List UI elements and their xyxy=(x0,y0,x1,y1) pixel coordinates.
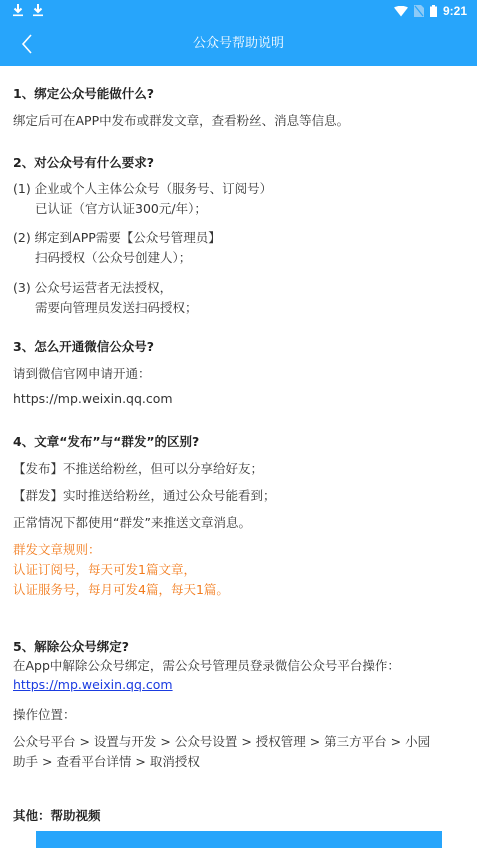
rules-title: 群发文章规则： xyxy=(13,540,101,558)
help-video[interactable] xyxy=(36,831,442,848)
requirement-1-line1: (1) 企业或个人主体公众号（服务号、订阅号） xyxy=(13,179,272,197)
requirement-3-line1: (3) 公众号运营者无法授权， xyxy=(13,278,172,296)
operation-path-line1: 公众号平台 > 设置与开发 > 公众号设置 > 授权管理 > 第三方平台 > 小… xyxy=(13,732,430,750)
section-1-body: 绑定后可在APP中发布或群发文章，查看粉丝、消息等信息。 xyxy=(13,111,349,129)
section-2-heading: 2、对公众号有什么要求? xyxy=(13,153,154,171)
section-3-body: 请到微信官网申请开通： xyxy=(13,364,151,382)
download-icon xyxy=(32,3,44,17)
section-3-heading: 3、怎么开通微信公众号? xyxy=(13,337,154,355)
rule-service: 认证服务号，每月可发4篇，每天1篇。 xyxy=(13,580,229,598)
status-bar: 9:21 xyxy=(0,0,477,22)
other-heading: 其他：帮助视频 xyxy=(13,806,101,824)
battery-icon xyxy=(430,5,437,17)
requirement-3-line2: 需要向管理员发送扫码授权； xyxy=(35,298,198,316)
section-3-url: https://mp.weixin.qq.com xyxy=(13,391,173,406)
usage-note: 正常情况下都使用“群发”来推送文章消息。 xyxy=(13,513,251,531)
operation-location-label: 操作位置： xyxy=(13,705,76,723)
requirement-2-line2: 扫码授权（公众号创建人）； xyxy=(35,248,191,266)
wifi-icon xyxy=(394,6,408,17)
requirement-1-line2: 已认证（官方认证300元/年）； xyxy=(35,199,207,217)
weixin-platform-link[interactable]: https://mp.weixin.qq.com xyxy=(13,677,173,692)
requirement-2-line1: (2) 绑定到APP需要【公众号管理员】 xyxy=(13,228,221,246)
no-sim-icon xyxy=(414,5,424,17)
rule-subscription: 认证订阅号，每天可发1篇文章， xyxy=(13,560,196,578)
section-1-heading: 1、绑定公众号能做什么? xyxy=(13,84,154,102)
status-time: 9:21 xyxy=(443,4,467,18)
app-bar: 公众号帮助说明 xyxy=(0,22,477,66)
operation-path-line2: 助手 > 查看平台详情 > 取消授权 xyxy=(13,752,200,770)
section-5-heading: 5、解除公众号绑定? xyxy=(13,637,129,655)
section-4-heading: 4、文章“发布”与“群发”的区别? xyxy=(13,432,199,450)
section-5-body: 在App中解除公众号绑定，需公众号管理员登录微信公众号平台操作： xyxy=(13,656,400,674)
broadcast-description: 【群发】实时推送给粉丝，通过公众号能看到； xyxy=(13,486,276,504)
publish-description: 【发布】不推送给粉丝，但可以分享给好友； xyxy=(13,459,263,477)
download-icon xyxy=(12,3,24,17)
page-title: 公众号帮助说明 xyxy=(0,22,477,66)
